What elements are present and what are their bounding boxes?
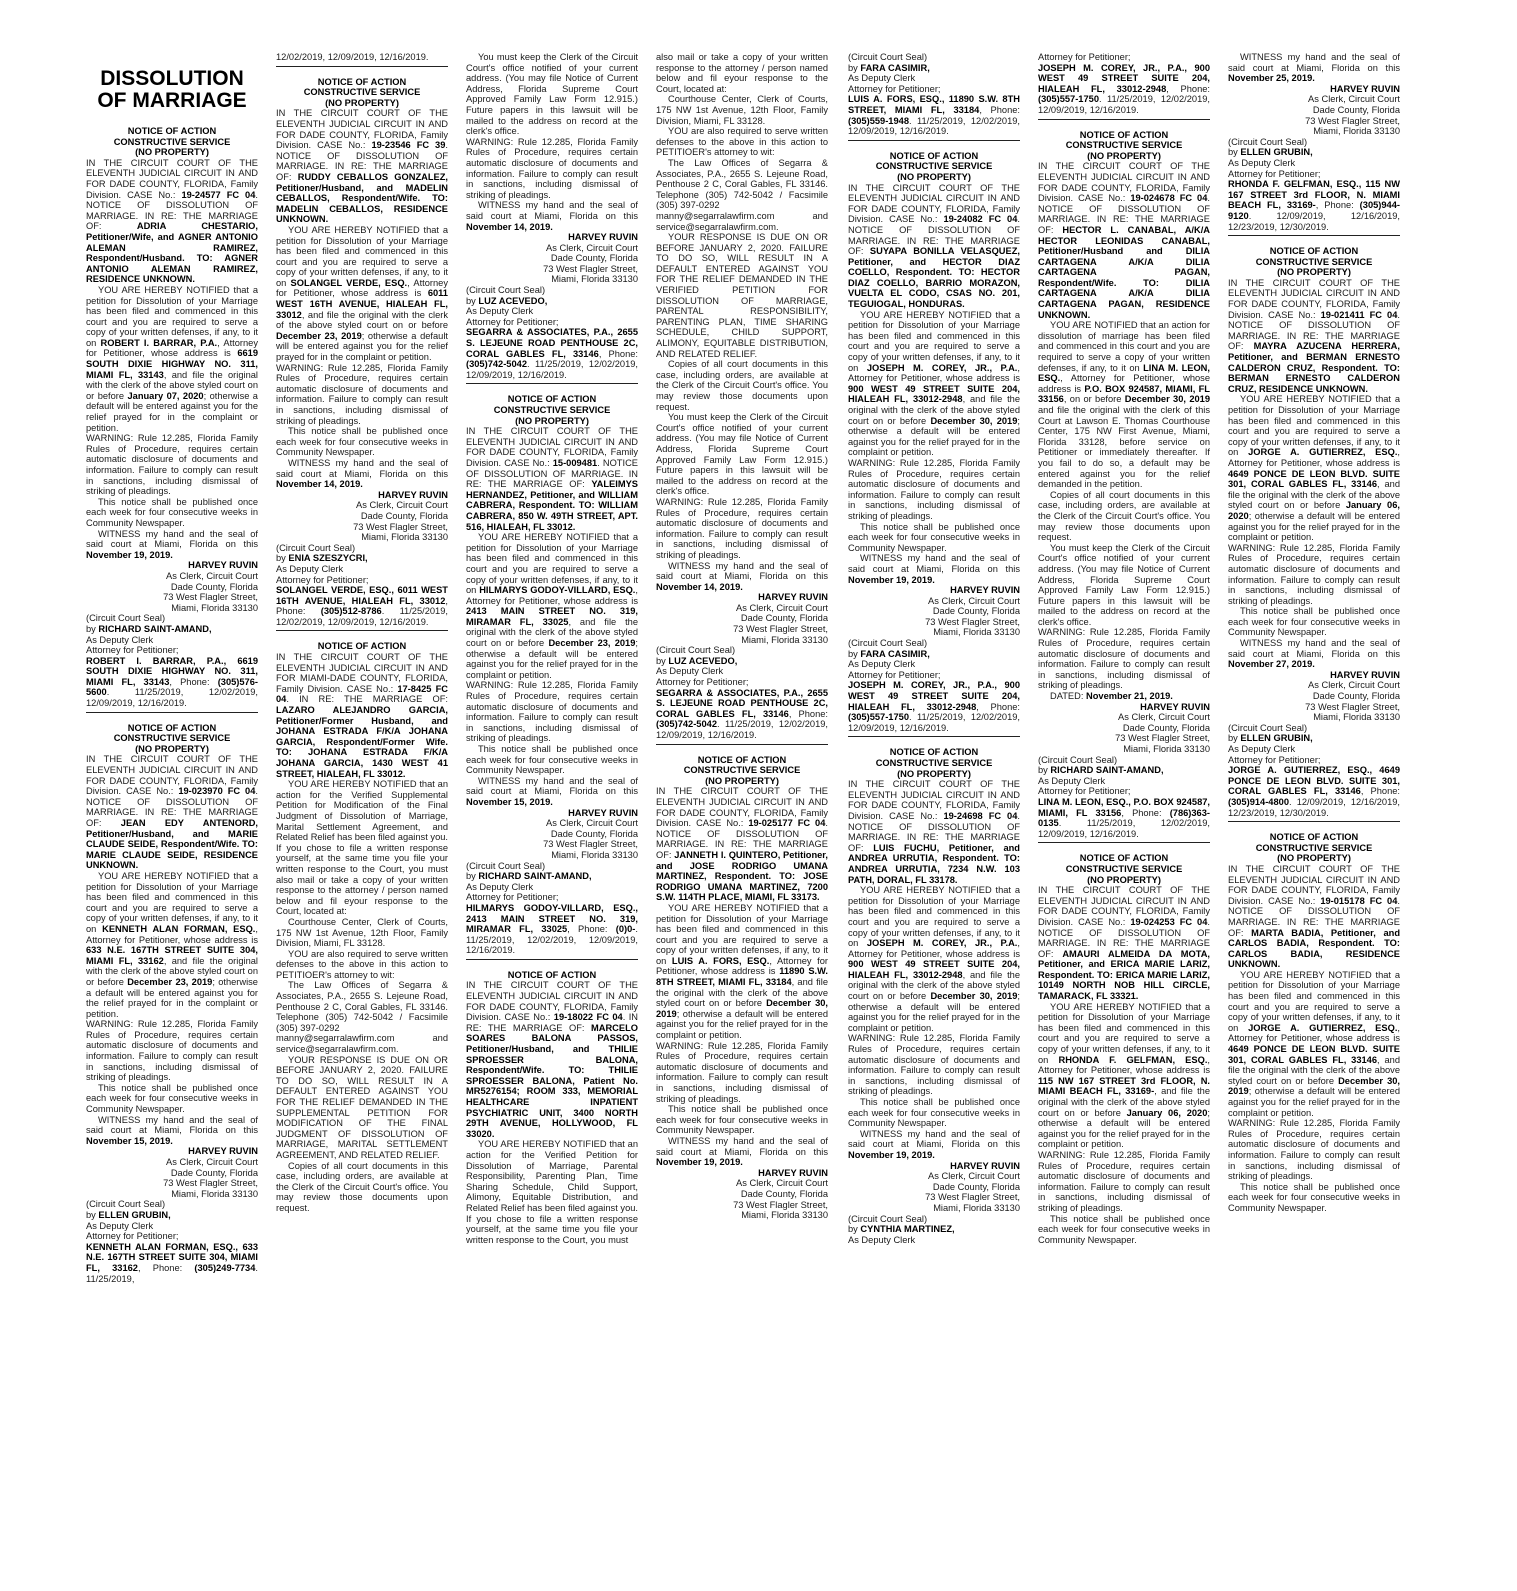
column-2: 12/02/2019, 12/09/2019, 12/16/2019. NOTI… [276,52,448,1532]
notice-19-025177: NOTICE OF ACTIONCONSTRUCTIVE SERVICE(NO … [656,755,828,1221]
notice-19-23546: NOTICE OF ACTIONCONSTRUCTIVE SERVICE(NO … [276,77,448,632]
notice-19-24082: NOTICE OF ACTIONCONSTRUCTIVE SERVICE(NO … [848,151,1020,738]
column-6: Attorney for Petitioner; JOSEPH M. COREY… [1038,52,1210,1532]
column-1: DISSOLUTION OF MARRIAGE NOTICE OF ACTION… [86,52,258,1532]
column-3: You must keep the Clerk of the Circuit C… [466,52,638,1532]
column-5: (Circuit Court Seal) by FARA CASIMIR, As… [848,52,1020,1532]
column-7: WITNESS my hand and the seal of said cou… [1228,52,1400,1532]
notice-19-24698: NOTICE OF ACTIONCONSTRUCTIVE SERVICE(NO … [848,747,1020,1245]
notice-19-024253: NOTICE OF ACTIONCONSTRUCTIVE SERVICE(NO … [1038,853,1210,1245]
notice-17-8425: NOTICE OF ACTION IN THE CIRCUIT COURT OF… [276,641,448,1213]
column-4: also mail or take a copy of your written… [656,52,828,1532]
notice-15-009481: NOTICE OF ACTIONCONSTRUCTIVE SERVICE(NO … [466,394,638,959]
notice-19-24577: NOTICE OF ACTIONCONSTRUCTIVE SERVICE(NO … [86,126,258,713]
notice-19-024678: NOTICE OF ACTIONCONSTRUCTIVE SERVICE(NO … [1038,130,1210,844]
legal-notices-page: DISSOLUTION OF MARRIAGE NOTICE OF ACTION… [86,52,1426,1532]
notice-divider [86,712,258,713]
notice-19-015178: NOTICE OF ACTIONCONSTRUCTIVE SERVICE(NO … [1228,832,1400,1213]
notice-19-023970: NOTICE OF ACTIONCONSTRUCTIVE SERVICE(NO … [86,723,258,1284]
notice-19-021411: NOTICE OF ACTIONCONSTRUCTIVE SERVICE(NO … [1228,246,1400,822]
notice-19-18022: NOTICE OF ACTION IN THE CIRCUIT COURT OF… [466,970,638,1245]
section-masthead: DISSOLUTION OF MARRIAGE [86,68,258,112]
